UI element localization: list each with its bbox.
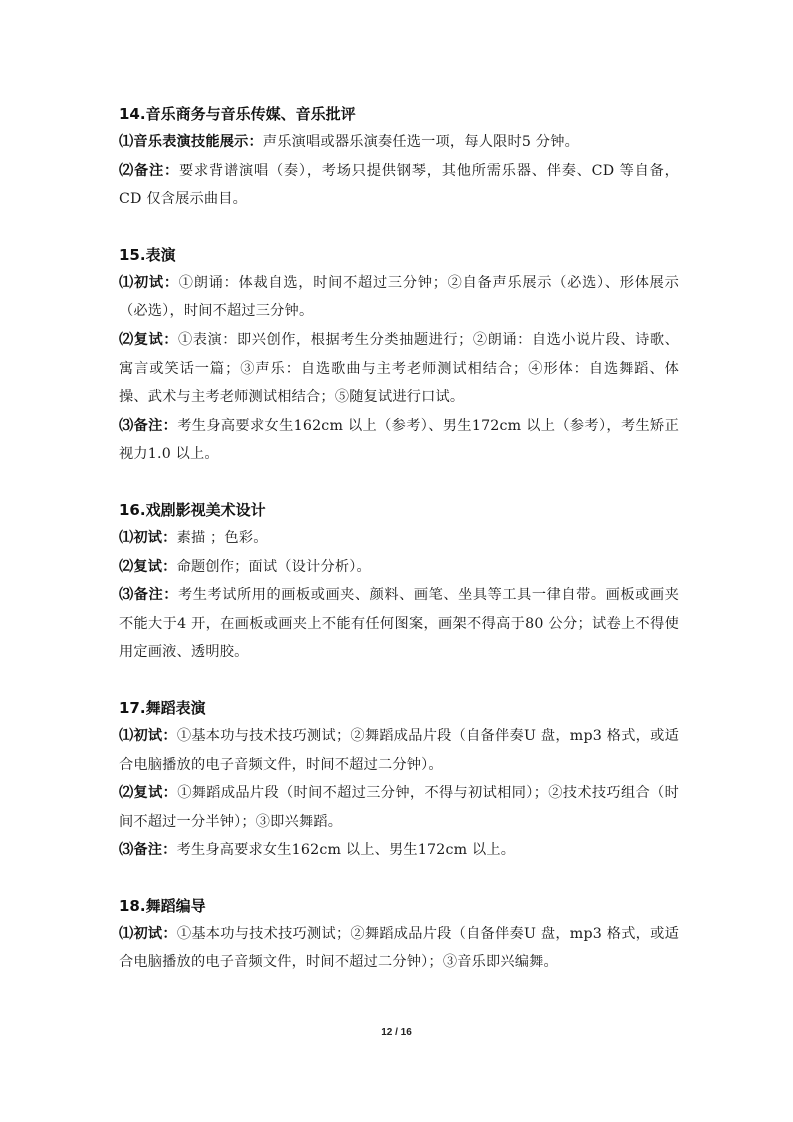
- item-label: ⑴初试：: [119, 275, 179, 291]
- item-paragraph: ⑴音乐表演技能展示：声乐演唱或器乐演奏任选一项，每人限时5 分钟。: [119, 128, 679, 157]
- item-paragraph: ⑵复试：①表演：即兴创作，根据考生分类抽题进行；②朗诵：自选小说片段、诗歌、寓言…: [119, 326, 679, 412]
- item-label: ⑵复试：: [119, 785, 177, 801]
- item-label: ⑴初试：: [119, 728, 177, 744]
- item-paragraph: ⑵复试：命题创作；面试（设计分析）。: [119, 553, 679, 582]
- item-text: 素描 ；色彩。: [177, 530, 268, 546]
- item-label: ⑴初试：: [119, 926, 177, 942]
- section-heading: 14.音乐商务与音乐传媒、音乐批评: [119, 100, 679, 128]
- section-heading: 18.舞蹈编导: [119, 892, 679, 920]
- item-paragraph: ⑵备注：要求背谱演唱（奏），考场只提供钢琴，其他所需乐器、伴奏、CD 等自备，C…: [119, 157, 679, 214]
- section-15: 15.表演 ⑴初试：①朗诵：体裁自选，时间不超过三分钟；②自备声乐展示（必选）、…: [119, 241, 679, 469]
- item-paragraph: ⑶备注：考生身高要求女生162cm 以上（参考）、男生172cm 以上（参考），…: [119, 412, 679, 469]
- section-heading: 15.表演: [119, 241, 679, 269]
- item-label: ⑵备注：: [119, 163, 179, 179]
- item-text: 考生身高要求女生162cm 以上（参考）、男生172cm 以上（参考），考生矫正…: [119, 418, 679, 463]
- item-text: ①朗诵：体裁自选，时间不超过三分钟；②自备声乐展示（必选）、形体展示（必选），时…: [119, 275, 679, 320]
- section-heading: 17.舞蹈表演: [119, 694, 679, 722]
- item-paragraph: ⑴初试：①基本功与技术技巧测试；②舞蹈成品片段（自备伴奏U 盘，mp3 格式，或…: [119, 722, 679, 779]
- item-text: ①基本功与技术技巧测试；②舞蹈成品片段（自备伴奏U 盘，mp3 格式，或适合电脑…: [119, 926, 679, 971]
- item-text: 声乐演唱或器乐演奏任选一项，每人限时5 分钟。: [263, 134, 579, 150]
- item-text: 考生考试所用的画板或画夹、颜料、画笔、坐具等工具一律自带。画板或画夹不能大于4 …: [119, 587, 679, 660]
- item-paragraph: ⑵复试：①舞蹈成品片段（时间不超过三分钟，不得与初试相同）；②技术技巧组合（时间…: [119, 779, 679, 836]
- section-16: 16.戏剧影视美术设计 ⑴初试：素描 ；色彩。 ⑵复试：命题创作；面试（设计分析…: [119, 496, 679, 667]
- section-heading: 16.戏剧影视美术设计: [119, 496, 679, 524]
- item-text: ①舞蹈成品片段（时间不超过三分钟，不得与初试相同）；②技术技巧组合（时间不超过一…: [119, 785, 679, 830]
- item-label: ⑵复试：: [119, 332, 178, 348]
- item-text: ①基本功与技术技巧测试；②舞蹈成品片段（自备伴奏U 盘，mp3 格式，或适合电脑…: [119, 728, 679, 773]
- item-label: ⑶备注：: [119, 418, 177, 434]
- item-text: ①表演：即兴创作，根据考生分类抽题进行；②朗诵：自选小说片段、诗歌、寓言或笑话一…: [119, 332, 679, 405]
- item-label: ⑵复试：: [119, 559, 177, 575]
- item-text: 考生身高要求女生162cm 以上、男生172cm 以上。: [177, 842, 516, 858]
- item-label: ⑴初试：: [119, 530, 177, 546]
- item-paragraph: ⑴初试：素描 ；色彩。: [119, 524, 679, 553]
- document-page: 14.音乐商务与音乐传媒、音乐批评 ⑴音乐表演技能展示：声乐演唱或器乐演奏任选一…: [119, 100, 679, 1004]
- item-text: 命题创作；面试（设计分析）。: [177, 559, 371, 575]
- item-paragraph: ⑶备注：考生考试所用的画板或画夹、颜料、画笔、坐具等工具一律自带。画板或画夹不能…: [119, 581, 679, 667]
- item-label: ⑴音乐表演技能展示：: [119, 134, 263, 150]
- item-paragraph: ⑴初试：①朗诵：体裁自选，时间不超过三分钟；②自备声乐展示（必选）、形体展示（必…: [119, 269, 679, 326]
- item-label: ⑶备注：: [119, 842, 177, 858]
- section-17: 17.舞蹈表演 ⑴初试：①基本功与技术技巧测试；②舞蹈成品片段（自备伴奏U 盘，…: [119, 694, 679, 865]
- section-18: 18.舞蹈编导 ⑴初试：①基本功与技术技巧测试；②舞蹈成品片段（自备伴奏U 盘，…: [119, 892, 679, 977]
- item-paragraph: ⑶备注：考生身高要求女生162cm 以上、男生172cm 以上。: [119, 836, 679, 865]
- item-paragraph: ⑴初试：①基本功与技术技巧测试；②舞蹈成品片段（自备伴奏U 盘，mp3 格式，或…: [119, 920, 679, 977]
- item-text: 要求背谱演唱（奏），考场只提供钢琴，其他所需乐器、伴奏、CD 等自备，CD 仅含…: [119, 163, 679, 208]
- page-number: 12 / 16: [0, 1027, 793, 1038]
- section-14: 14.音乐商务与音乐传媒、音乐批评 ⑴音乐表演技能展示：声乐演唱或器乐演奏任选一…: [119, 100, 679, 214]
- item-label: ⑶备注：: [119, 587, 178, 603]
